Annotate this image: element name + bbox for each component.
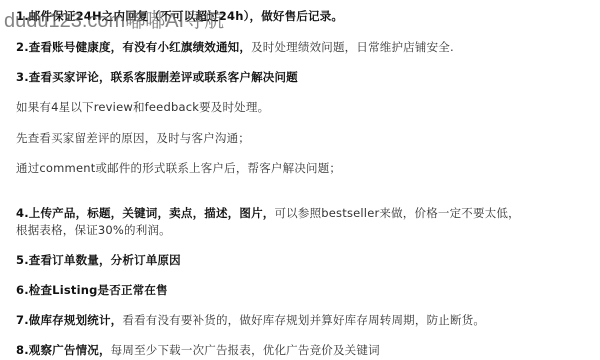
item-5: 5.查看订单数量，分析订单原因	[16, 253, 181, 267]
item-4-text: 可以参照bestseller来做，价格一定不要太低，	[274, 206, 519, 220]
item-3-sub-3-text: 通过comment或邮件的形式联系上客户后，帮客户解决问题；	[16, 161, 341, 175]
item-3: 3.查看买家评论，联系客服删差评或联系客户解决问题	[16, 70, 298, 84]
item-5-bold: 5.查看订单数量，分析订单原因	[16, 253, 181, 267]
item-8-bold: 8.观察广告情况，	[16, 343, 111, 357]
item-4-cont: 根据表格，保证30%的利润。	[16, 223, 171, 237]
item-6: 6.检查Listing是否正常在售	[16, 283, 168, 297]
item-2-bold: 2.查看账号健康度，有没有小红旗绩效通知，	[16, 40, 251, 54]
item-3-sub-1: 如果有4星以下review和feedback要及时处理。	[16, 100, 269, 114]
item-7-text: 看看有没有要补货的，做好库存规划并算好库存周转周期，防止断货。	[122, 313, 485, 327]
item-4-cont-text: 根据表格，保证30%的利润。	[16, 223, 171, 237]
item-1-bold: 1.邮件保证24H之内回复（不可以超过24h），做好售后记录。	[16, 9, 343, 23]
item-3-sub-1-text: 如果有4星以下review和feedback要及时处理。	[16, 100, 269, 114]
item-3-sub-2: 先查看买家留差评的原因，及时与客户沟通；	[16, 131, 250, 145]
item-2: 2.查看账号健康度，有没有小红旗绩效通知，及时处理绩效问题，日常维护店铺安全.	[16, 40, 454, 54]
item-8: 8.观察广告情况，每周至少下载一次广告报表，优化广告竞价及关键词	[16, 343, 380, 357]
item-4-bold: 4.上传产品，标题，关键词，卖点，描述，图片，	[16, 206, 274, 220]
item-2-text: 及时处理绩效问题，日常维护店铺安全.	[251, 40, 454, 54]
item-7-bold: 7.做库存规划统计，	[16, 313, 122, 327]
item-4: 4.上传产品，标题，关键词，卖点，描述，图片，可以参照bestseller来做，…	[16, 206, 520, 220]
item-3-sub-2-text: 先查看买家留差评的原因，及时与客户沟通；	[16, 131, 250, 145]
item-1: 1.邮件保证24H之内回复（不可以超过24h），做好售后记录。	[16, 9, 343, 23]
item-8-text: 每周至少下载一次广告报表，优化广告竞价及关键词	[111, 343, 380, 357]
item-3-bold: 3.查看买家评论，联系客服删差评或联系客户解决问题	[16, 70, 298, 84]
document-page: 1.邮件保证24H之内回复（不可以超过24h），做好售后记录。 2.查看账号健康…	[0, 0, 600, 360]
item-6-bold: 6.检查Listing是否正常在售	[16, 283, 168, 297]
item-3-sub-3: 通过comment或邮件的形式联系上客户后，帮客户解决问题；	[16, 161, 341, 175]
item-7: 7.做库存规划统计，看看有没有要补货的，做好库存规划并算好库存周转周期，防止断货…	[16, 313, 485, 327]
